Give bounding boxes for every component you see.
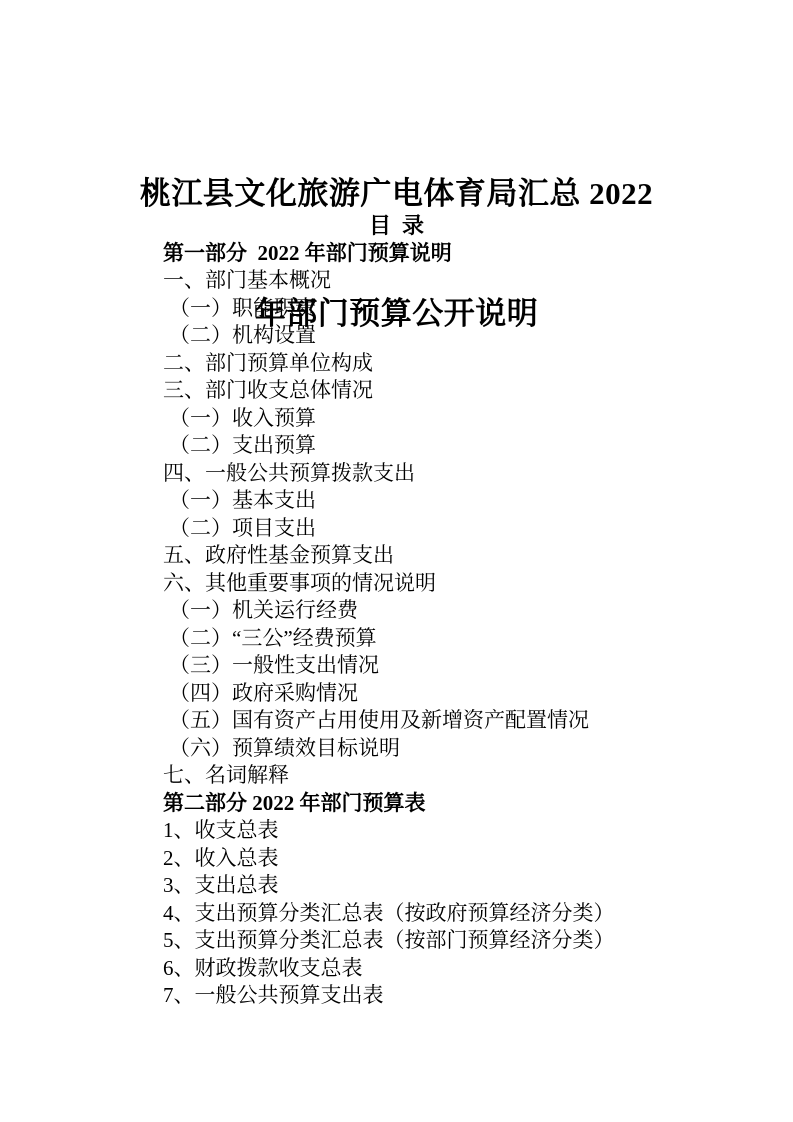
toc-entry: 二、部门预算单位构成 [0, 350, 793, 378]
toc-entry: 五、政府性基金预算支出 [0, 542, 793, 570]
toc-entry: 四、一般公共预算拨款支出 [0, 460, 793, 488]
toc-entry: 4、支出预算分类汇总表（按政府预算经济分类） [0, 900, 793, 928]
toc-entry: 5、支出预算分类汇总表（按部门预算经济分类） [0, 927, 793, 955]
toc-entry: 6、财政拨款收支总表 [0, 955, 793, 983]
toc-entry: （一）机关运行经费 [0, 597, 793, 625]
toc-entry: （三）一般性支出情况 [0, 652, 793, 680]
toc-entry: （四）政府采购情况 [0, 680, 793, 708]
toc-heading: 目 录 [0, 212, 793, 240]
toc-entry: 7、一般公共预算支出表 [0, 982, 793, 1010]
table-of-contents: 目 录 第一部分 2022 年部门预算说明一、部门基本概况（一）职能职责（二）机… [0, 212, 793, 1010]
toc-entry: （六）预算绩效目标说明 [0, 735, 793, 763]
toc-entry: 一、部门基本概况 [0, 267, 793, 295]
document-page: 桃江县文化旅游广电体育局汇总 2022 年部门预算公开说明 目 录 第一部分 2… [0, 0, 793, 1122]
toc-entry: 1、收支总表 [0, 817, 793, 845]
toc-entry: 2、收入总表 [0, 845, 793, 873]
toc-entry: 六、其他重要事项的情况说明 [0, 570, 793, 598]
toc-entry: 3、支出总表 [0, 872, 793, 900]
toc-section-header: 第一部分 2022 年部门预算说明 [0, 240, 793, 268]
toc-entry: （二）项目支出 [0, 515, 793, 543]
toc-entry: （五）国有资产占用使用及新增资产配置情况 [0, 707, 793, 735]
toc-entry: （一）收入预算 [0, 405, 793, 433]
toc-section-header: 第二部分 2022 年部门预算表 [0, 790, 793, 818]
toc-list: 第一部分 2022 年部门预算说明一、部门基本概况（一）职能职责（二）机构设置二… [0, 240, 793, 1010]
toc-entry: （二）机构设置 [0, 322, 793, 350]
toc-entry: 七、名词解释 [0, 762, 793, 790]
toc-entry: （二）支出预算 [0, 432, 793, 460]
document-title-line-1: 桃江县文化旅游广电体育局汇总 2022 [0, 174, 793, 214]
toc-entry: （二）“三公”经费预算 [0, 625, 793, 653]
toc-entry: 三、部门收支总体情况 [0, 377, 793, 405]
toc-entry: （一）职能职责 [0, 295, 793, 323]
toc-entry: （一）基本支出 [0, 487, 793, 515]
